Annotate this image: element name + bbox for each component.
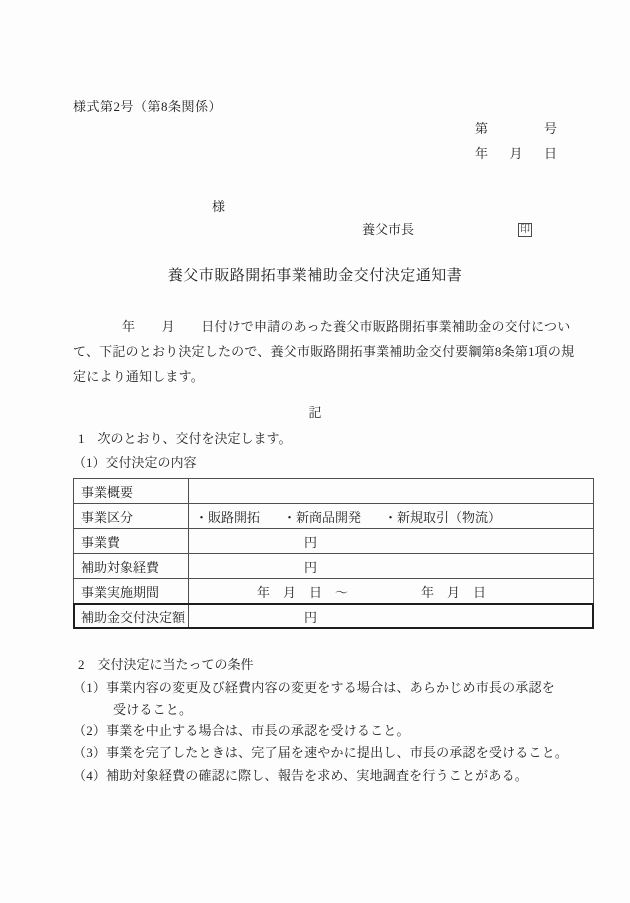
period-start: 年 月 日 ～ [257,582,348,601]
doc-number-line: 第 号 [475,121,557,137]
document-page: 様式第2号（第8条関係） 第 号 年 月 日 様 養父市長 印 養父市販路開拓事… [0,0,630,903]
condition-1-line-1: （1）事業内容の変更及び経費内容の変更をする場合は、あらかじめ市長の承認を [73,680,555,696]
row-value-period: 年 月 日 ～ 年 月 日 [189,579,593,603]
row-label: 補助金交付決定額 [74,604,189,628]
category-option: ・販路開拓 [195,507,260,526]
document-title: 養父市販路開拓事業補助金交付決定通知書 [0,267,630,286]
row-value-options: ・販路開拓 ・新商品開発 ・新規取引（物流） [189,504,593,528]
issuer-line: 養父市長 印 [362,222,532,238]
row-label: 事業実施期間 [74,579,189,603]
table-row-project-cost: 事業費 円 [74,529,593,554]
row-value: 円 [189,529,593,553]
addressee-suffix: 様 [212,199,225,215]
table-row-implementation-period: 事業実施期間 年 月 日 ～ 年 月 日 [74,579,593,604]
section1-subheading: （1）交付決定の内容 [73,455,197,471]
row-value: 円 [189,554,593,578]
section2-heading: 2 交付決定に当たっての条件 [78,657,254,673]
condition-3: （3）事業を完了したときは、完了届を速やかに提出し、市長の承認を受けること。 [73,745,568,761]
table-row-business-summary: 事業概要 [74,479,593,504]
row-label: 事業区分 [74,504,189,528]
grant-decision-table: 事業概要 事業区分 ・販路開拓 ・新商品開発 ・新規取引（物流） 事業費 円 補… [73,478,594,629]
form-number: 様式第2号（第8条関係） [73,99,222,115]
row-label: 事業概要 [74,479,189,503]
ki-marker: 記 [0,405,630,421]
row-value [189,479,593,503]
body-paragraph-line-3: 定により通知します。 [73,369,593,385]
row-label: 事業費 [74,529,189,553]
issuer-name: 養父市長 [362,222,414,238]
date-month-label: 月 [509,146,522,162]
row-value: 円 [189,604,593,628]
category-option: ・新規取引（物流） [384,507,501,526]
period-end: 年 月 日 [421,582,486,601]
body-paragraph-line-2: て、下記のとおり決定したので、養父市販路開拓事業補助金交付要綱第8条第1項の規 [73,344,593,360]
date-line: 年 月 日 [475,146,557,162]
doc-number-suffix: 号 [544,121,557,137]
section1-heading: 1 次のとおり、交付を決定します。 [78,431,291,447]
condition-4: （4）補助対象経費の確認に際し、報告を求め、実地調査を行うことがある。 [73,768,528,784]
condition-1-line-2: 受けること。 [113,702,192,718]
doc-number-prefix: 第 [475,121,488,137]
table-row-eligible-expenses: 補助対象経費 円 [74,554,593,579]
row-label: 補助対象経費 [74,554,189,578]
table-row-grant-decision-amount: 補助金交付決定額 円 [74,604,593,628]
body-paragraph-line-1: 年 月 日付けで申請のあった養父市販路開拓事業補助金の交付につい [73,319,593,335]
date-day-label: 日 [544,146,557,162]
date-year-label: 年 [475,146,488,162]
seal-icon: 印 [518,223,532,237]
table-row-business-category: 事業区分 ・販路開拓 ・新商品開発 ・新規取引（物流） [74,504,593,529]
condition-2: （2）事業を中止する場合は、市長の承認を受けること。 [73,723,410,739]
category-option: ・新商品開発 [283,507,361,526]
